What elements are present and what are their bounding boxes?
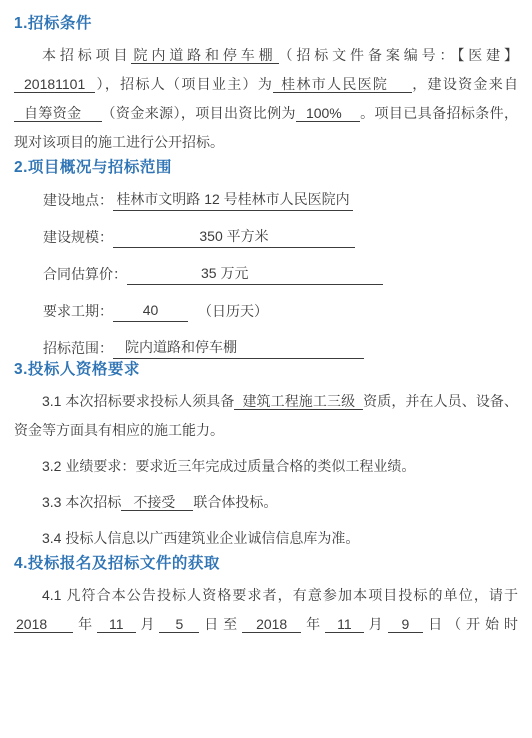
field-label: 建设地点： [43, 189, 113, 211]
blank-fund-source: 自筹资金 [14, 105, 102, 122]
text-run: 月 [364, 616, 388, 632]
section-4-heading: 4.投标报名及招标文件的获取 [14, 553, 518, 574]
performance-paragraph: 3.2 业绩要求：要求近三年完成过质量合格的类似工程业绩。 [14, 452, 518, 481]
field-build-location: 建设地点： 桂林市文明路 12 号桂林市人民医院内 [14, 188, 518, 211]
consortium-paragraph: 3.3 本次招标不接受联合体投标。 [14, 488, 518, 517]
blank-start-year: 2018 [14, 616, 73, 633]
field-label: 建设规模： [43, 226, 113, 248]
text-run: 月 [136, 616, 160, 632]
credit-info-paragraph: 3.4 投标人信息以广西建筑业企业诚信信息库为准。 [14, 524, 518, 553]
blank-build-scale: 350 平方米 [113, 225, 355, 248]
text-run: （招标文件备案编号：【医建】 [279, 47, 519, 63]
text-run: 4.1 凡符合本公告投标人资格要求者，有意参加本项目投标的单位，请于 [42, 587, 518, 603]
blank-tender-scope: 院内道路和停车棚 [113, 336, 364, 359]
blank-record-number: 20181101 [14, 76, 95, 93]
document-page: 1.招标条件 本招标项目院内道路和停车棚（招标文件备案编号：【医建】201811… [0, 0, 532, 738]
blank-start-month: 11 [97, 616, 136, 633]
text-run: 年 [73, 616, 97, 632]
blank-consortium-accept: 不接受 [121, 494, 193, 511]
text-run: ，建设资金来自 [412, 76, 518, 92]
blank-contract-estimate: 35 万元 [127, 262, 383, 285]
text-run: 日（开始时 [423, 616, 518, 632]
text-run: 联合体投标。 [193, 494, 277, 510]
project-overview-fields: 建设地点： 桂林市文明路 12 号桂林市人民医院内 建设规模： 350 平方米 … [14, 188, 518, 359]
blank-fund-ratio: 100% [296, 105, 360, 122]
qualification-paragraph: 3.1 本次招标要求投标人须具备建筑工程施工三级资质，并在人员、设备、资金等方面… [14, 387, 518, 445]
blank-end-year: 2018 [242, 616, 301, 633]
blank-end-day: 9 [388, 616, 424, 633]
tender-conditions-paragraph: 本招标项目院内道路和停车棚（招标文件备案编号：【医建】20181101），招标人… [14, 41, 518, 157]
field-label: 招标范围： [43, 337, 113, 359]
text-run: ），招标人（项目业主）为 [95, 76, 273, 92]
field-contract-estimate: 合同估算价： 35 万元 [14, 262, 518, 285]
blank-qualification-level: 建筑工程施工三级 [234, 393, 363, 410]
field-label: 要求工期： [43, 300, 113, 322]
text-run: 3.1 本次招标要求投标人须具备 [42, 393, 234, 409]
blank-tenderee-name: 桂林市人民医院 [273, 76, 412, 93]
field-label: 合同估算价： [43, 263, 127, 285]
registration-paragraph: 4.1 凡符合本公告投标人资格要求者，有意参加本项目投标的单位，请于2018年1… [14, 581, 518, 639]
section-3-heading: 3.投标人资格要求 [14, 359, 518, 380]
blank-build-location: 桂林市文明路 12 号桂林市人民医院内 [113, 188, 353, 211]
text-run: 本招标项目 [42, 47, 131, 63]
section-2-heading: 2.项目概况与招标范围 [14, 157, 518, 178]
text-run: （资金来源），项目出资比例为 [102, 105, 296, 121]
text-run: 日至 [199, 616, 242, 632]
text-run: 3.3 本次招标 [42, 494, 121, 510]
blank-required-duration: 40 [113, 299, 188, 322]
blank-start-day: 5 [159, 616, 199, 633]
blank-end-month: 11 [325, 616, 364, 633]
field-tender-scope: 招标范围： 院内道路和停车棚 [14, 336, 518, 359]
duration-unit-label: （日历天） [198, 300, 268, 322]
section-1-heading: 1.招标条件 [14, 13, 518, 34]
blank-project-name: 院内道路和停车棚 [131, 47, 278, 64]
text-run: 年 [301, 616, 325, 632]
field-required-duration: 要求工期： 40 （日历天） [14, 299, 518, 322]
field-build-scale: 建设规模： 350 平方米 [14, 225, 518, 248]
